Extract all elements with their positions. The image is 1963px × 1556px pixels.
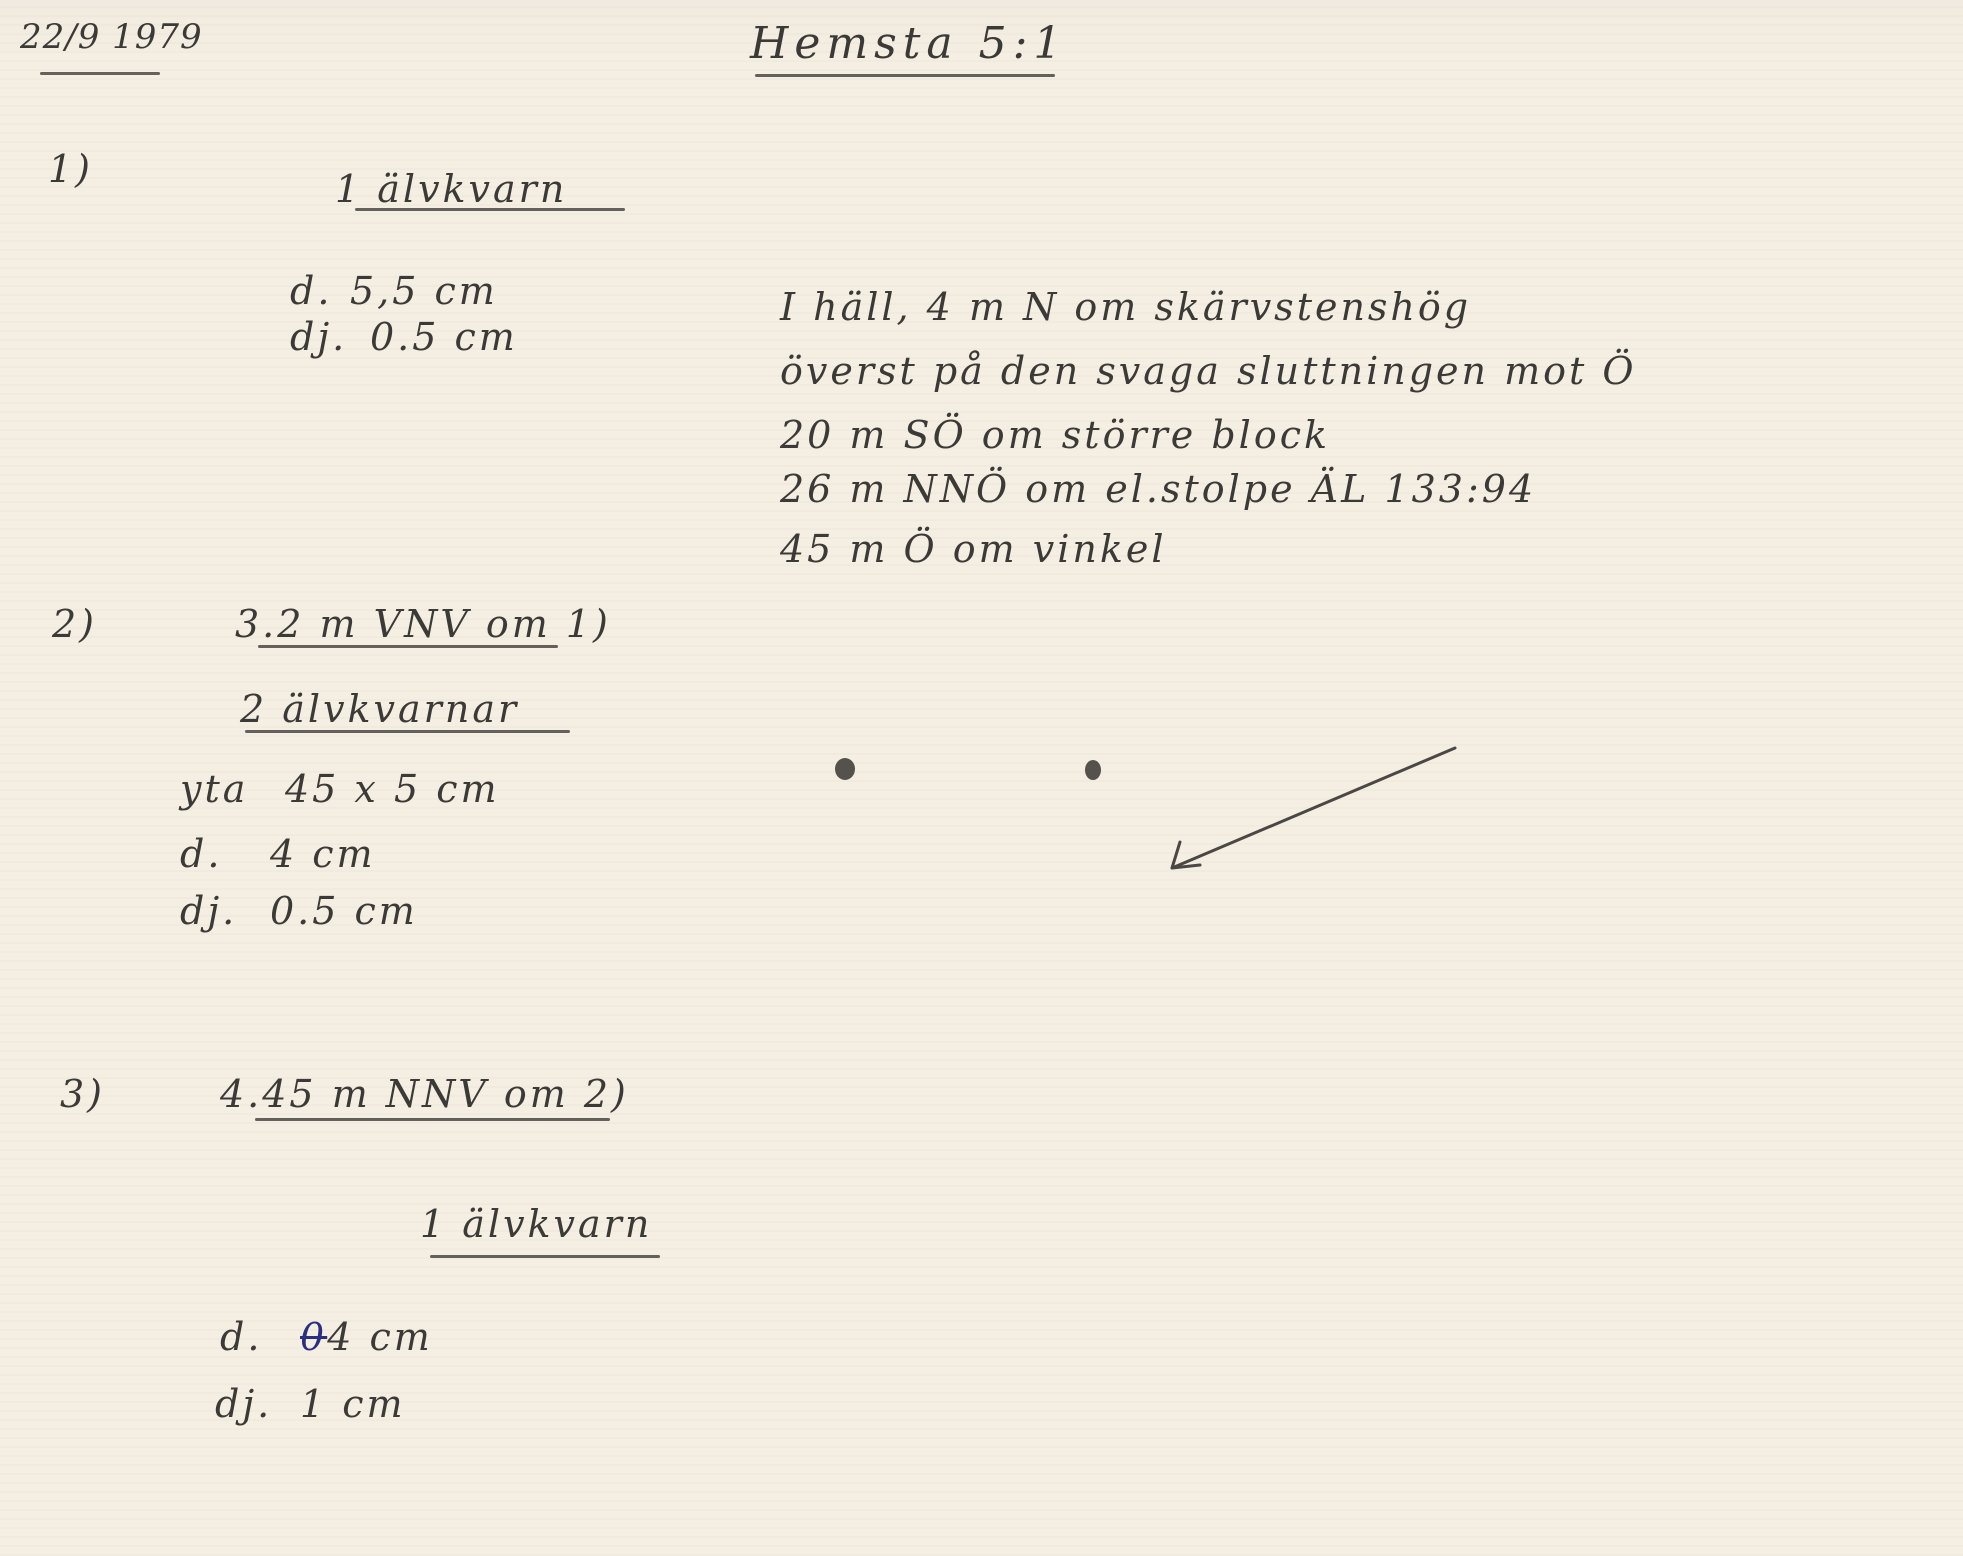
- entry-3-position: 4.45 m NNV om 2): [220, 1075, 629, 1113]
- entry-2-label-dj: dj.: [180, 892, 237, 930]
- location-note-2: överst på den svaga sluttningen mot Ö: [780, 352, 1637, 390]
- entry-2-position: 3.2 m VNV om 1): [235, 605, 611, 643]
- entry-3-value-dj: 1 cm: [300, 1385, 406, 1423]
- sketch-dot-left: [835, 758, 855, 780]
- entry-1-heading: 1 älvkvarn: [335, 170, 567, 208]
- entry-3-number: 3): [60, 1075, 105, 1113]
- entry-2-heading: 2 älvkvarnar: [240, 690, 519, 728]
- location-note-5: 45 m Ö om vinkel: [780, 530, 1167, 568]
- entry-2-label-yta: yta: [180, 770, 248, 808]
- entry-2-value-yta: 45 x 5 cm: [285, 770, 500, 808]
- entry-2-label-d: d.: [180, 835, 222, 873]
- entry-2-heading-underline: [245, 730, 570, 733]
- entry-3-heading-underline: [430, 1255, 660, 1258]
- date-underline: [40, 72, 160, 75]
- entry-3-position-underline: [255, 1118, 610, 1121]
- entry-1-heading-underline: [355, 208, 625, 211]
- document-date: 22/9 1979: [20, 20, 203, 54]
- entry-2-value-d: 4 cm: [270, 835, 376, 873]
- sketch-dot-right: [1085, 760, 1101, 780]
- entry-1-number: 1): [48, 150, 93, 188]
- struck-digit: 0: [300, 1315, 327, 1359]
- entry-3-label-d: d.: [220, 1318, 262, 1356]
- entry-3-heading: 1 älvkvarn: [420, 1205, 652, 1243]
- location-note-4: 26 m NNÖ om el.stolpe ÄL 133:94: [780, 470, 1536, 508]
- entry-2-value-dj: 0.5 cm: [270, 892, 418, 930]
- entry-3-label-dj: dj.: [215, 1385, 272, 1423]
- entry-1-label-dj: dj.: [290, 318, 347, 356]
- entry-1-value-d: 5,5 cm: [350, 272, 498, 310]
- location-note-3: 20 m SÖ om större block: [780, 416, 1330, 454]
- location-note-1: I häll, 4 m N om skärvstenshög: [780, 288, 1471, 326]
- entry-2-number: 2): [52, 605, 97, 643]
- entry-3-value-d-group: 04 cm: [300, 1318, 433, 1356]
- document-title: Hemsta 5:1: [750, 22, 1067, 66]
- entry-1-value-dj: 0.5 cm: [370, 318, 518, 356]
- entry-1-label-d: d.: [290, 272, 332, 310]
- title-underline: [755, 74, 1055, 77]
- direction-arrow-icon: [1150, 740, 1470, 880]
- entry-3-value-d: 4 cm: [327, 1315, 433, 1359]
- entry-2-position-underline: [258, 645, 558, 648]
